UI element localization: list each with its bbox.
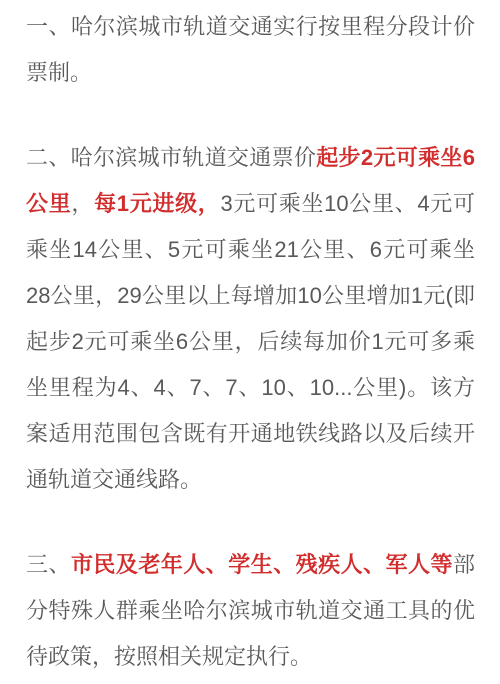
document-page: 一、哈尔滨城市轨道交通实行按里程分段计价票制。二、哈尔滨城市轨道交通票价起步2元… [0, 0, 500, 680]
body-text: ， [71, 191, 94, 216]
paragraph: 三、市民及老年人、学生、残疾人、军人等部分特殊人群乘坐哈尔滨城市轨道交通工具的优… [26, 542, 475, 680]
paragraph: 二、哈尔滨城市轨道交通票价起步2元可乘坐6公里，每1元进级，3元可乘坐10公里、… [26, 135, 475, 503]
paragraph: 一、哈尔滨城市轨道交通实行按里程分段计价票制。 [26, 4, 475, 96]
body-text: 3元可乘坐10公里、4元可乘坐14公里、5元可乘坐21公里、6元可乘坐28公里，… [26, 191, 475, 492]
body-text: 二、哈尔滨城市轨道交通票价 [26, 145, 316, 170]
highlighted-text: 市民及老年人、学生、残疾人、军人等 [71, 552, 453, 577]
highlighted-text: 每1元进级， [94, 191, 220, 216]
body-text: 一、哈尔滨城市轨道交通实行按里程分段计价票制。 [26, 14, 475, 85]
body-text: 三、 [26, 552, 71, 577]
